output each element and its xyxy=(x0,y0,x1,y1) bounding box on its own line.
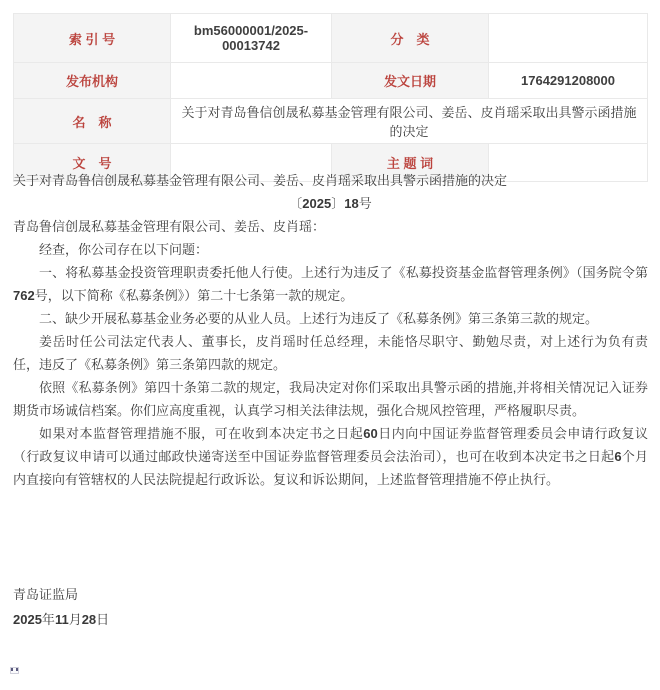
name-value: 关于对青岛鲁信创晟私募基金管理有限公司、姜岳、皮肖瑶采取出具警示函措施的决定 xyxy=(171,99,648,144)
paragraph-decision: 依照《私募条例》第四十条第二款的规定，我局决定对你们采取出具警示函的措施,并将相… xyxy=(13,376,648,422)
document-body: 关于对青岛鲁信创晟私募基金管理有限公司、姜岳、皮肖瑶采取出具警示函措施的决定 〔… xyxy=(13,169,648,632)
document-page: 索 引 号 bm56000001/2025-00013742 分 类 发布机构 … xyxy=(0,0,660,690)
table-row: 发布机构 发文日期 1764291208000 xyxy=(14,63,648,99)
signature-block: 青岛证监局 2025年11月28日 xyxy=(13,582,571,632)
category-label: 分 类 xyxy=(332,14,489,63)
category-value xyxy=(489,14,648,63)
issue-date: 2025年11月28日 xyxy=(13,607,571,632)
table-row: 名 称 关于对青岛鲁信创晟私募基金管理有限公司、姜岳、皮肖瑶采取出具警示函措施的… xyxy=(14,99,648,144)
paragraph-intro: 经查，你公司存在以下问题： xyxy=(13,238,648,261)
document-info-table: 索 引 号 bm56000001/2025-00013742 分 类 发布机构 … xyxy=(13,13,648,182)
paragraph-issue-1: 一、将私募基金投资管理职责委托他人行使。上述行为违反了《私募投资基金监督管理条例… xyxy=(13,261,648,307)
publisher-value xyxy=(171,63,332,99)
document-title: 关于对青岛鲁信创晟私募基金管理有限公司、姜岳、皮肖瑶采取出具警示函措施的决定 xyxy=(13,169,648,192)
paragraph-responsibility: 姜岳时任公司法定代表人、董事长，皮肖瑶时任总经理，未能恪尽职守、勤勉尽责，对上述… xyxy=(13,330,648,376)
broken-image-icon xyxy=(10,667,19,674)
publisher-label: 发布机构 xyxy=(14,63,171,99)
publish-date-value: 1764291208000 xyxy=(489,63,648,99)
paragraph-issue-2: 二、缺少开展私募基金业务必要的从业人员。上述行为违反了《私募条例》第三条第三款的… xyxy=(13,307,648,330)
index-number-value: bm56000001/2025-00013742 xyxy=(171,14,332,63)
table-row: 索 引 号 bm56000001/2025-00013742 分 类 xyxy=(14,14,648,63)
issuing-agency: 青岛证监局 xyxy=(13,582,571,607)
paragraph-appeal-rights: 如果对本监督管理措施不服，可在收到本决定书之日起60日内向中国证券监督管理委员会… xyxy=(13,422,648,491)
addressee-line: 青岛鲁信创晟私募基金管理有限公司、姜岳、皮肖瑶： xyxy=(13,215,648,238)
publish-date-label: 发文日期 xyxy=(332,63,489,99)
document-number-line: 〔2025〕18号 xyxy=(13,192,648,215)
index-number-label: 索 引 号 xyxy=(14,14,171,63)
name-label: 名 称 xyxy=(14,99,171,144)
